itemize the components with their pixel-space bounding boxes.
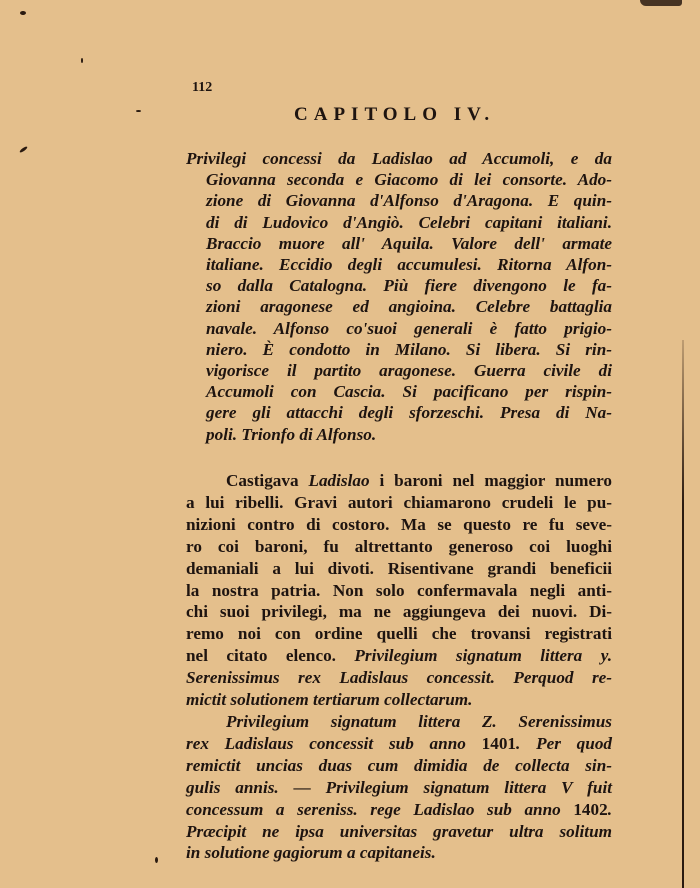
paragraph-1-line: remo noi con ordine quelli che trovansi …: [186, 623, 612, 645]
scan-speck: [19, 146, 28, 154]
text-run: concessum a sereniss. rege Ladislao sub …: [186, 800, 573, 819]
text-run: .: [608, 800, 612, 819]
summary-line: di di Ludovico d'Angiò. Celebri capitani…: [186, 212, 612, 233]
book-page: 112 CAPITOLO IV. Privilegi concessi da L…: [0, 0, 700, 888]
summary-line: vigorisce il partito aragonese. Guerra c…: [186, 360, 612, 381]
paragraph-1-line: la nostra patria. Non solo confermavala …: [186, 580, 612, 602]
text-run: rex Ladislaus concessit sub anno: [186, 734, 482, 753]
scan-smudge: [640, 0, 682, 6]
paragraph-2-line: in solutione gagiorum a capitaneis.: [186, 842, 612, 864]
summary-line: Braccio muore all' Aquila. Valore dell' …: [186, 233, 612, 254]
summary-line: gere gli attacchi degli sforzeschi. Pres…: [186, 402, 612, 423]
text-run: nel citato elenco.: [186, 646, 354, 665]
text-run-italic: Privilegium signatum littera y.: [354, 646, 612, 665]
paragraph-2-line: rex Ladislaus concessit sub anno 1401. P…: [186, 733, 612, 755]
paragraph-1-line: Castigava Ladislao i baroni nel maggior …: [186, 470, 612, 492]
paragraph-1-line: mictit solutionem tertiarum collectarum.: [186, 689, 612, 711]
text-run: i baroni nel maggior numero: [370, 471, 612, 490]
paragraph-1-line: demaniali a lui divoti. Risentivane gran…: [186, 558, 612, 580]
paragraph-1-line: chi suoi privilegi, ma ne aggiungeva dei…: [186, 601, 612, 623]
paragraph-2-line: Privilegium signatum littera Z. Sereniss…: [186, 711, 612, 733]
text-run-italic: Ladislao: [308, 471, 369, 490]
summary-line: niero. È condotto in Milano. Si libera. …: [186, 339, 612, 360]
summary-line: Accumoli con Cascia. Si pacificano per r…: [186, 381, 612, 402]
summary-line: Giovanna seconda e Giacomo di lei consor…: [186, 169, 612, 190]
chapter-title: CAPITOLO IV.: [294, 104, 495, 126]
scan-speck: [20, 11, 26, 15]
year-numeral: 1401: [482, 734, 516, 753]
paragraph-2-line: concessum a sereniss. rege Ladislao sub …: [186, 799, 612, 821]
summary-line: italiane. Eccidio degli accumulesi. Rito…: [186, 254, 612, 275]
paragraph-1-line: Serenissimus rex Ladislaus concessit. Pe…: [186, 667, 612, 689]
scan-speck: [136, 110, 141, 112]
summary-line: zione di Giovanna d'Alfonso d'Aragona. E…: [186, 190, 612, 211]
paragraph-1-line: a lui ribelli. Gravi autori chiamarono c…: [186, 492, 612, 514]
paragraph-2-line: gulis annis. — Privilegium signatum litt…: [186, 777, 612, 799]
page-number: 112: [192, 80, 212, 96]
paragraph-1-line: nel citato elenco. Privilegium signatum …: [186, 645, 612, 667]
scan-speck: [81, 58, 83, 63]
summary-line: so dalla Catalogna. Più fiere divengono …: [186, 275, 612, 296]
paragraph-2-line: remictit uncias duas cum dimidia de coll…: [186, 755, 612, 777]
summary-line: navale. Alfonso co'suoi generali è fatto…: [186, 318, 612, 339]
page-edge-line: [682, 340, 684, 888]
summary-line: poli. Trionfo di Alfonso.: [186, 424, 612, 445]
text-run: . Per quod: [516, 734, 612, 753]
scan-speck: [155, 857, 158, 863]
text-run: Castigava: [226, 471, 308, 490]
chapter-summary: Privilegi concessi da Ladislao ad Accumo…: [186, 148, 612, 445]
body-text: Castigava Ladislao i baroni nel maggior …: [186, 470, 612, 864]
paragraph-2-line: Præcipit ne ipsa universitas gravetur ul…: [186, 821, 612, 843]
summary-line: Privilegi concessi da Ladislao ad Accumo…: [186, 148, 612, 169]
summary-line: zioni aragonese ed angioina. Celebre bat…: [186, 296, 612, 317]
year-numeral: 1402: [573, 800, 607, 819]
paragraph-1-line: nizioni contro di costoro. Ma se questo …: [186, 514, 612, 536]
paragraph-1-line: ro coi baroni, fu altrettanto generoso c…: [186, 536, 612, 558]
